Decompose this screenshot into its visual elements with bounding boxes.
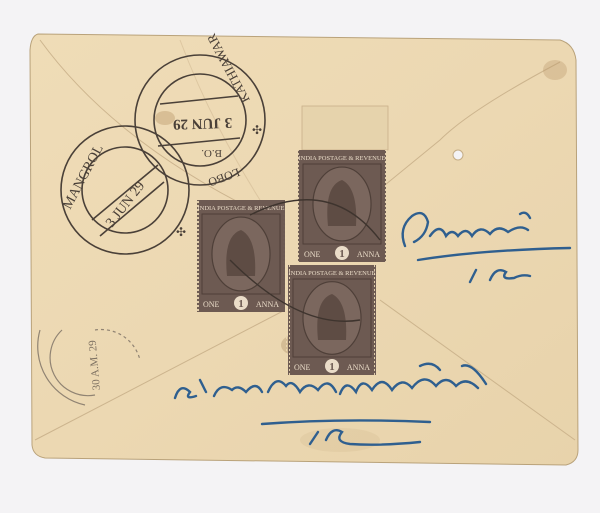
stamp-value: 1 bbox=[238, 298, 244, 310]
postmark-lobo-sub: B.O. bbox=[201, 147, 222, 159]
stamp-right-text: ANNA bbox=[357, 250, 380, 259]
stamp-top-text: INDIA POSTAGE & REVENUE bbox=[288, 270, 375, 277]
handwriting-refused-label: Refused bbox=[0, 0, 4, 1]
stamp-selvedge bbox=[302, 106, 388, 150]
stamp-value: 1 bbox=[339, 248, 345, 260]
stamp: INDIA POSTAGE & REVENUEONEANNA1 bbox=[296, 150, 388, 262]
hole bbox=[453, 150, 463, 160]
stamp-value: 1 bbox=[329, 361, 335, 373]
stamp-left-text: ONE bbox=[294, 363, 311, 372]
stamp: INDIA POSTAGE & REVENUEONEANNA1 bbox=[195, 200, 287, 312]
postmark-ornament: ✣ bbox=[176, 225, 186, 239]
stamp-right-text: ANNA bbox=[256, 300, 279, 309]
stamp-left-text: ONE bbox=[203, 300, 220, 309]
postmark-lobo-date: 3 JUN 29 bbox=[173, 114, 233, 132]
postmark-ornament: ✣ bbox=[252, 123, 262, 137]
stamp-right-text: ANNA bbox=[347, 363, 370, 372]
envelope-photo: MANGROL 3 JUN 29 KATHIAWAR 3 JUN 29 B.O.… bbox=[0, 0, 600, 513]
stamp-top-text: INDIA POSTAGE & REVENUE bbox=[298, 155, 385, 162]
stamp-left-text: ONE bbox=[304, 250, 321, 259]
